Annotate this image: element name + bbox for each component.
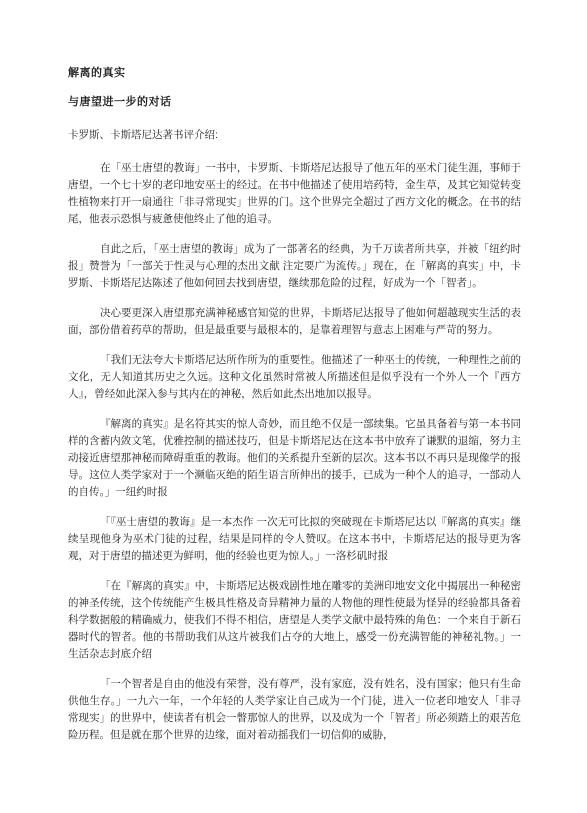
paragraph: 『解离的真实』是名符其实的惊人奇妙，而且绝不仅是一部续集。它虽具备着与第一本书同… xyxy=(68,416,521,501)
paragraph: 在「巫士唐望的教诲」一书中，卡罗斯、卡斯塔尼达报导了他五年的巫术门徒生涯，事师于… xyxy=(68,160,521,228)
paragraph: 决心要更深入唐望那充满神秘感官知觉的世界，卡斯塔尼达报导了他如何超越现实生活的表… xyxy=(68,305,521,339)
paragraph: 「我们无法夸大卡斯塔尼达所作所为的重要性。他描述了一种巫士的传统，一种理性之前的… xyxy=(68,352,521,403)
page-title: 解离的真实 xyxy=(68,67,521,80)
paragraph: 「一个智者是自由的他没有荣誉，没有尊严，没有家庭，没有姓名，没有国家；他只有生命… xyxy=(68,676,521,744)
paragraph: 「在『解离的真实』中，卡斯塔尼达极戏剧性地在雕零的美洲印地安文化中揭展出一种秘密… xyxy=(68,578,521,663)
paragraph: 自此之后，「巫士唐望的教诲」成为了一部著名的经典，为千万读者所共享，并被「纽约时… xyxy=(68,241,521,292)
byline: 卡罗斯、卡斯塔尼达著书评介绍: xyxy=(68,127,521,144)
document-page: 解离的真实 与唐望进一步的对话 卡罗斯、卡斯塔尼达著书评介绍: 在「巫士唐望的教… xyxy=(0,0,587,813)
paragraph: 「『巫士唐望的教诲』是一本杰作 一次无可比拟的突破现在卡斯塔尼达以『解离的真实』… xyxy=(68,514,521,565)
page-subtitle: 与唐望进一步的对话 xyxy=(68,96,521,109)
